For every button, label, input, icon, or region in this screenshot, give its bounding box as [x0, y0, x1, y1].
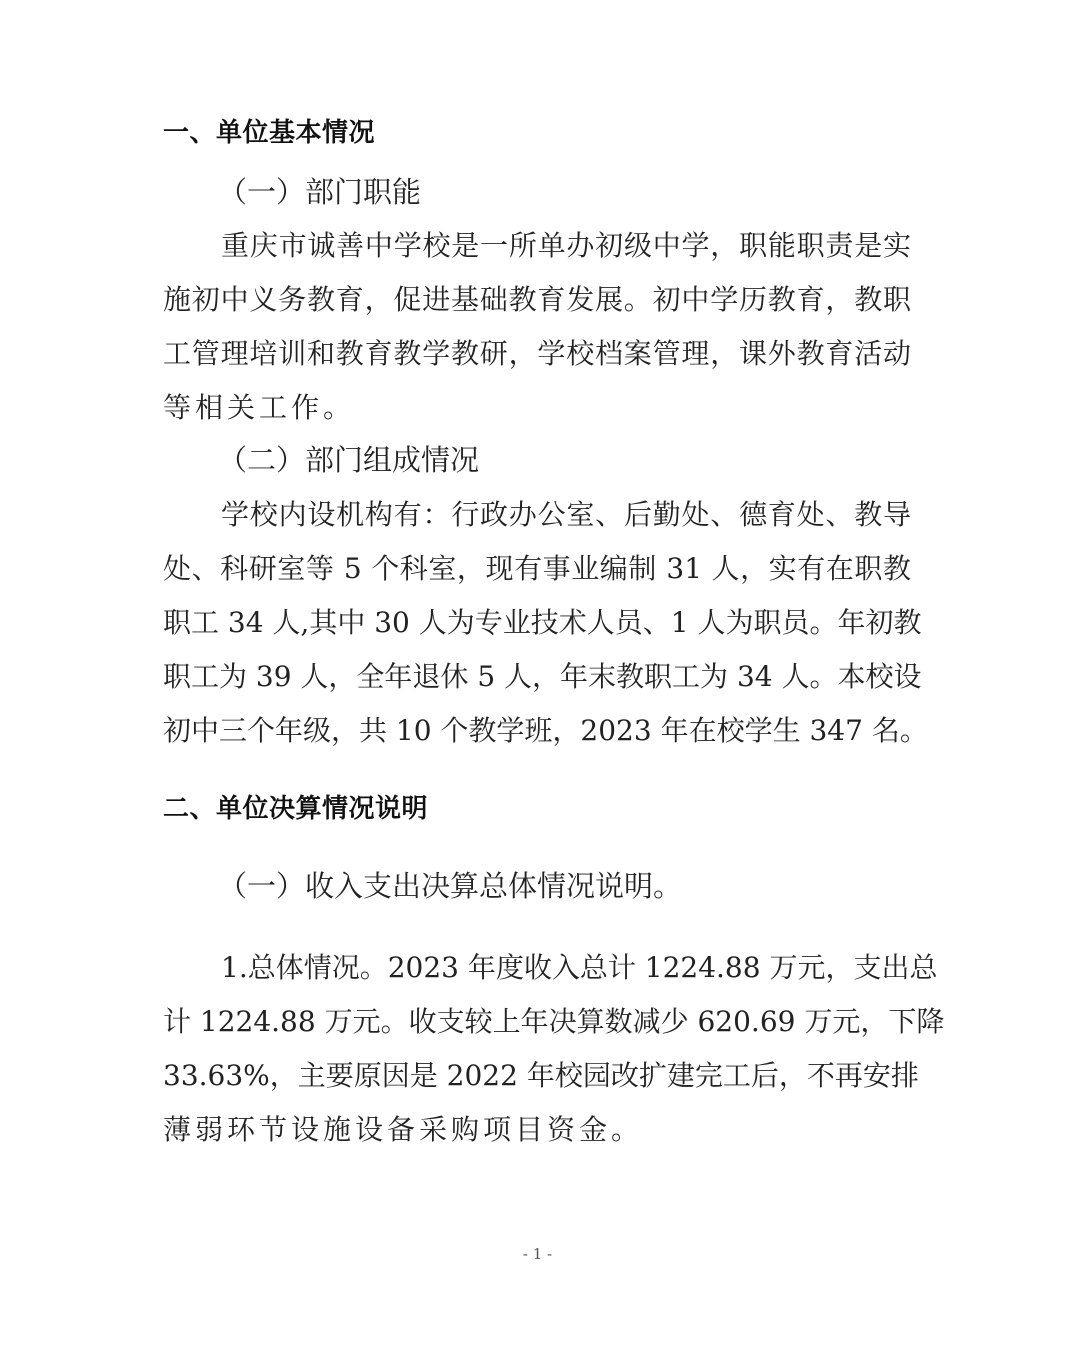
section-heading-basic-info: 一、单位基本情况 [163, 112, 375, 149]
paragraph-line: 工管理培训和教育教学教研，学校档案管理，课外教育活动 [163, 332, 911, 372]
paragraph-line: 职工 34 人,其中 30 人为专业技术人员、1 人为职员。年初教 [163, 601, 911, 641]
section-heading-final-accounts: 二、单位决算情况说明 [163, 788, 428, 825]
paragraph-line: 职工为 39 人，全年退休 5 人，年末教职工为 34 人。本校设 [163, 655, 911, 695]
paragraph-line: 等相关工作。 [163, 386, 911, 426]
document-page: 一、单位基本情况 （一）部门职能 重庆市诚善中学校是一所单办初级中学，职能职责是… [0, 0, 1075, 1358]
subsection-heading-composition: （二）部门组成情况 [218, 438, 479, 479]
paragraph-line: 处、科研室等 5 个科室，现有事业编制 31 人，实有在职教 [163, 547, 911, 587]
paragraph-line: 初中三个年级，共 10 个教学班，2023 年在校学生 347 名。 [163, 709, 911, 749]
paragraph-line: 计 1224.88 万元。收支较上年决算数减少 620.69 万元，下降 [163, 1000, 911, 1040]
subsection-heading-income-expenditure: （一）收入支出决算总体情况说明。 [218, 864, 682, 905]
paragraph-line: 学校内设机构有：行政办公室、后勤处、德育处、教导 [221, 493, 911, 533]
page-number: - 1 - [0, 1245, 1075, 1263]
paragraph-line: 1.总体情况。2023 年度收入总计 1224.88 万元，支出总 [221, 946, 911, 986]
paragraph-line: 重庆市诚善中学校是一所单办初级中学，职能职责是实 [221, 224, 911, 264]
paragraph-line: 施初中义务教育，促进基础教育发展。初中学历教育，教职 [163, 278, 911, 318]
subsection-heading-functions: （一）部门职能 [218, 170, 421, 211]
paragraph-line: 薄弱环节设施设备采购项目资金。 [163, 1108, 911, 1148]
paragraph-line: 33.63%，主要原因是 2022 年校园改扩建完工后，不再安排 [163, 1054, 911, 1094]
